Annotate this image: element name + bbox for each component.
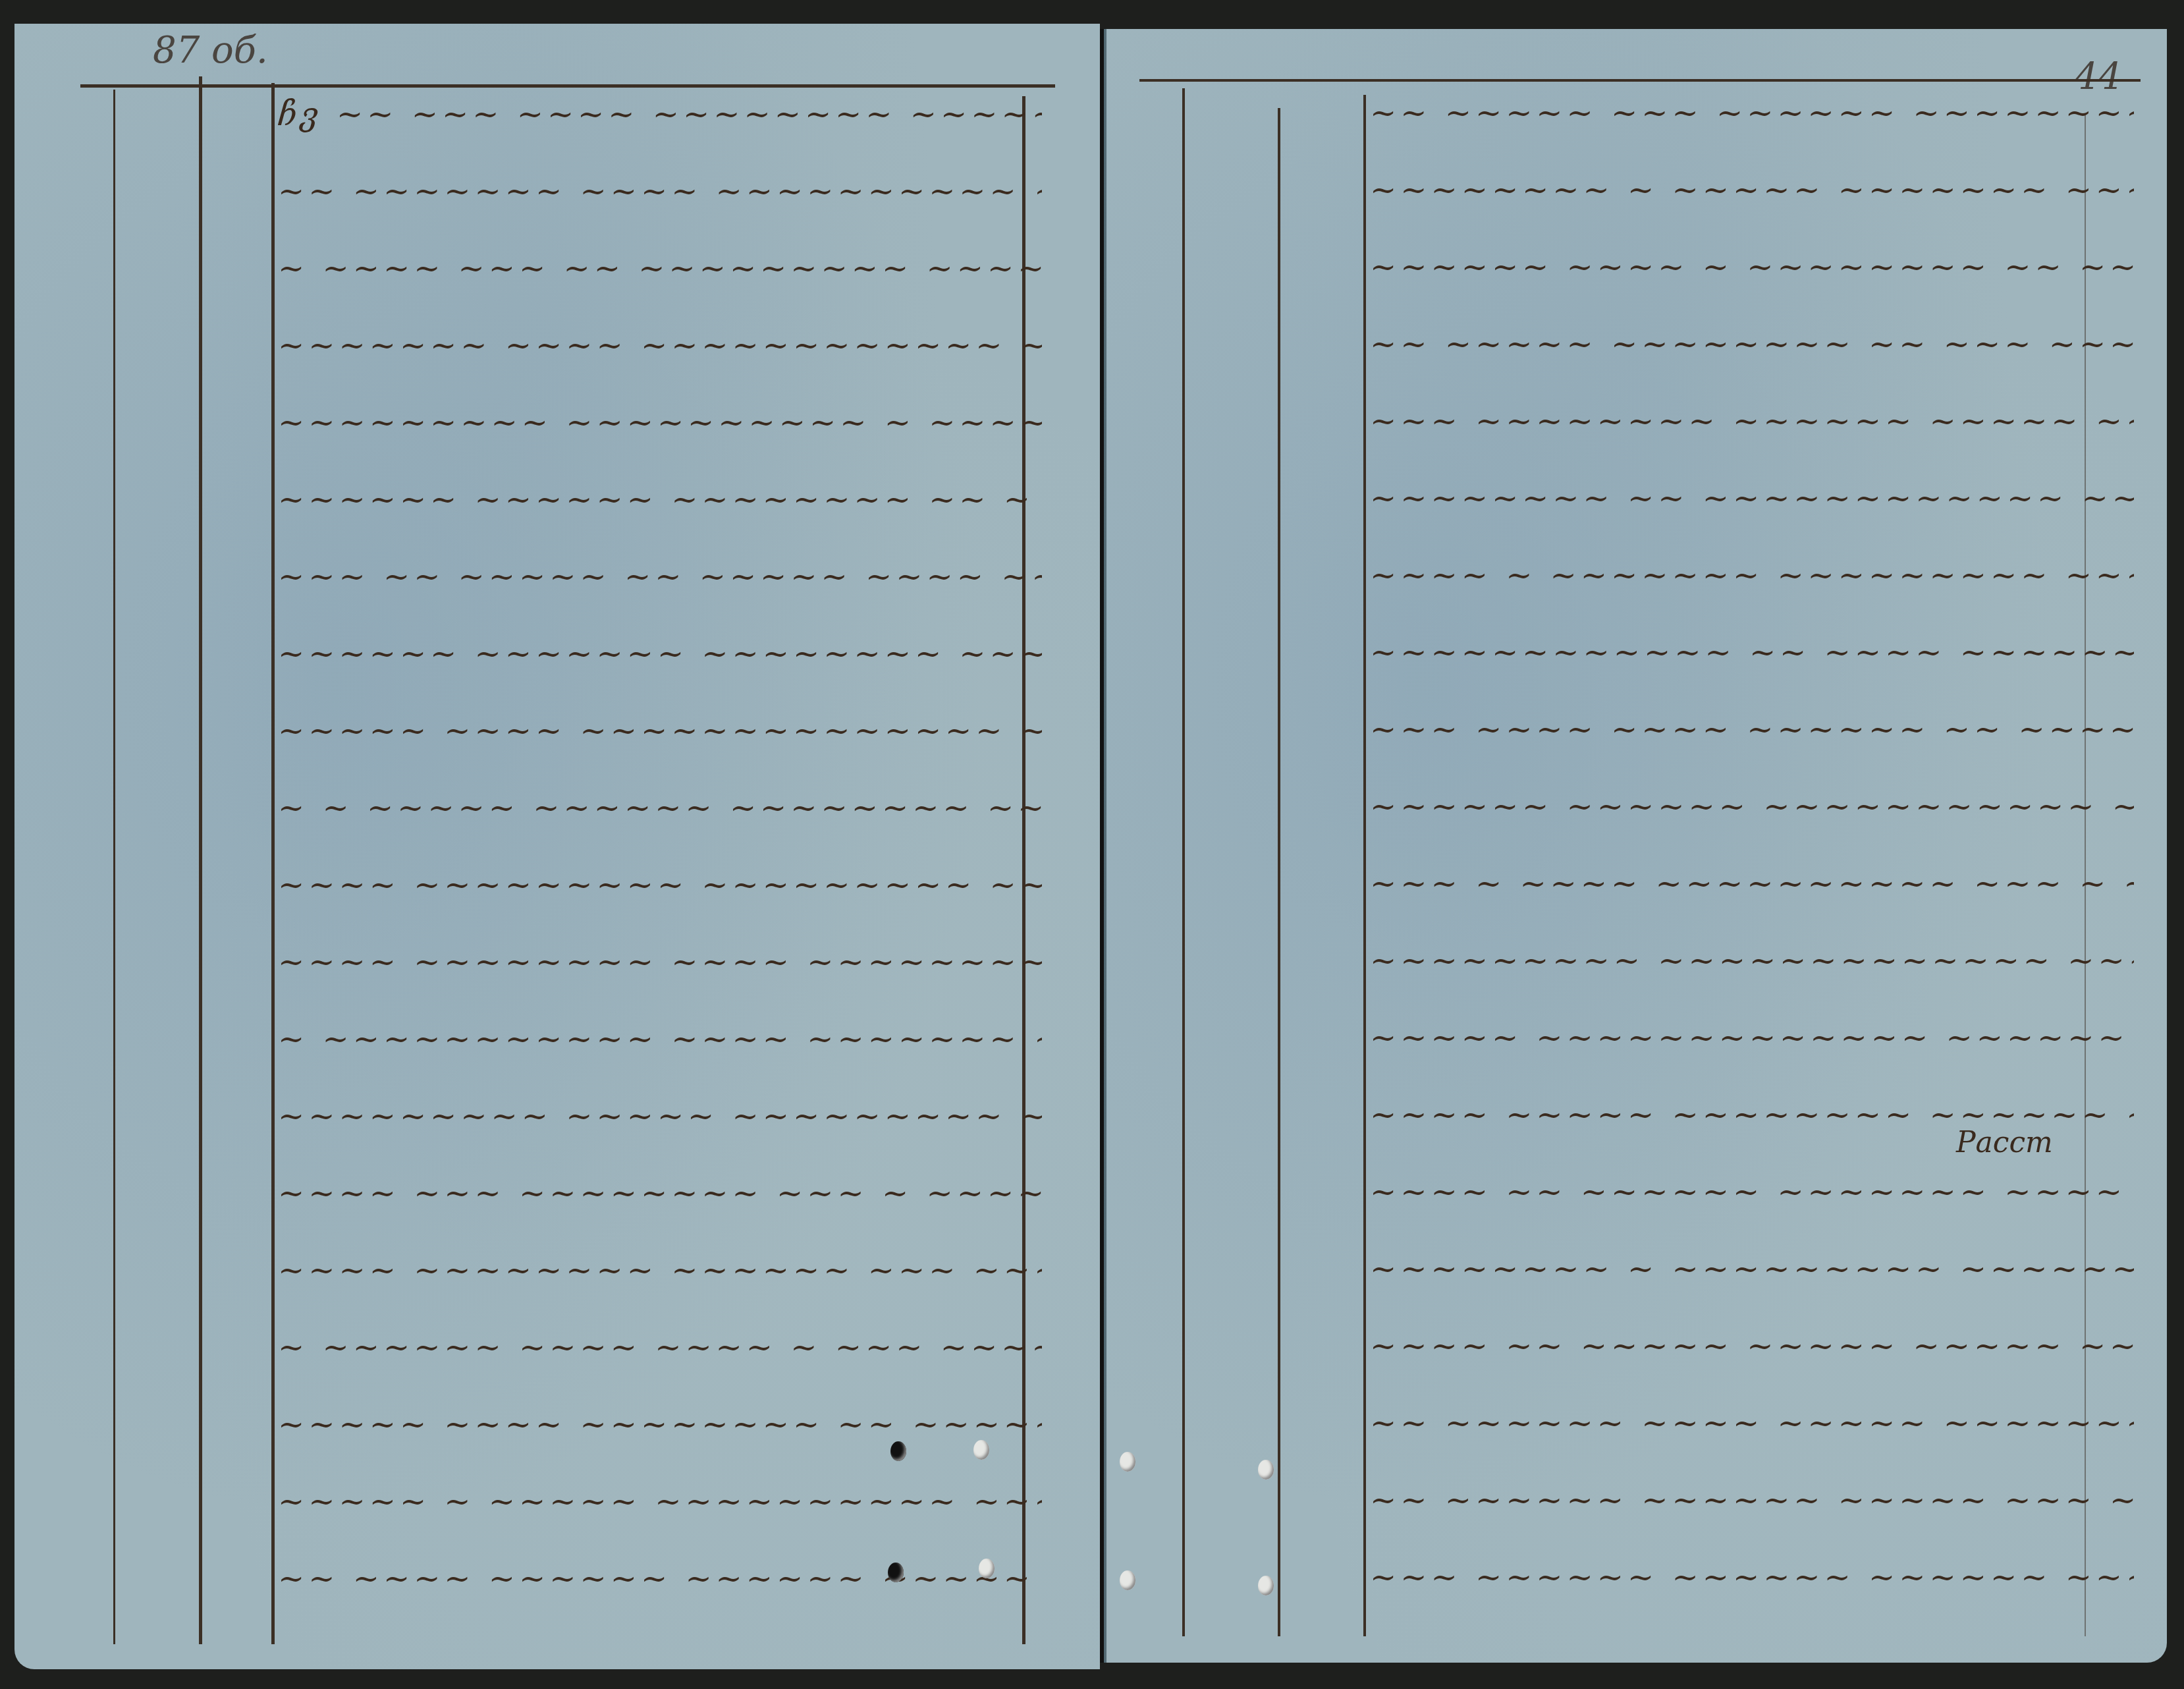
margin-note: Расст <box>1956 1126 2053 1159</box>
top-rule <box>1139 79 2141 82</box>
handwritten-line: ~~~~~~~~ ~ ~~~~~ ~~~~~~~ ~~~~~ ~~~~ <box>1370 172 2134 218</box>
right-page: 44 ~~ ~~~~~ ~~~ ~~~~~~ ~~~~~~~~~ ~~~~~~~… <box>1106 29 2167 1663</box>
handwritten-line: ~~~~~~ ~~~~~~~ ~~~~~~~~ ~~~~~ ~~~~~~~~~ <box>278 636 1042 682</box>
handwritten-line: ~~~ ~~ ~~~~~ ~~ ~~~~~ ~~~~ ~~~~~~ ~~~ <box>278 559 1042 605</box>
handwritten-line: ~~~~ ~~~~~~~~ ~~~~~~ ~~~ ~~~~~~~~~~ <box>278 1252 1042 1298</box>
handwritten-line: ~ ~ ~~~~~ ~~~~~~ ~~~~~~~~ ~~~~~ ~~~~~~ <box>278 790 1042 836</box>
binding-hole <box>1258 1460 1274 1480</box>
handwritten-line: ~~~~ ~~~~~~~~~ ~~~~~~~~~ ~~~~~~~~~ ~~~~ <box>278 867 1042 913</box>
margin-rule-2 <box>199 76 202 1644</box>
handwritten-line: ~~~~ ~~ ~~~~~~ ~~~~~~~ ~~~~ ~~~~~~~ ~~~ <box>1370 1174 2134 1220</box>
handwritten-line: ~~ ~~~~ ~~~~~~ ~~~~~~ ~~~~~ ~ ~~~~ <box>278 1561 1042 1607</box>
binding-hole <box>1120 1570 1135 1590</box>
handwritten-line: ~~~~ ~~~ ~~~~~~~~ ~~~ ~ ~~~~~ ~~~~~~ <box>278 1175 1042 1221</box>
folio-number-left: 87 об. <box>153 29 268 72</box>
handwritten-line: ~~~~~~ ~~~~~~ ~~~~~~~~ ~~ ~ ~~~ ~~~~ <box>278 482 1042 528</box>
binding-hole <box>1258 1576 1274 1595</box>
handwritten-line: ~~~~ ~~~~~~~~ ~~~~ ~~~~~~~~~ ~~~~~~~~~~ <box>278 944 1042 990</box>
handwritten-line: ~~ ~~~~~~ ~~~~~~ ~~~~~ ~~~ ~~~~~~ ~~~ <box>1370 1482 2134 1528</box>
handwritten-line: ~~ ~~~~~ ~~~~~~~~ ~~ ~~~ ~~~~~~ ~~~~~ <box>1370 326 2134 372</box>
handwritten-line: ~~~ ~~~~ ~~~~ ~~~~~~ ~~ ~~~~~~~~~ ~~~~ <box>1370 711 2134 758</box>
margin-rule-2 <box>1278 108 1280 1636</box>
handwritten-line: ~~~ ~ ~~~~ ~~~~~~~~~~ ~~~ ~ ~~~~~~ ~~~ <box>1370 866 2134 912</box>
binding-hole <box>979 1559 995 1578</box>
handwritten-line: ~~~~~~~ ~~~~ ~~~~~~~~~~~~ ~~~~ ~~~~~ <box>278 327 1042 374</box>
handwritten-line: ~~~ ~~~~~~~~ ~~~~~~ ~~~~~ ~~~~~~~~~ <box>1370 403 2134 449</box>
handwritten-line: ~~~~ ~ ~~~~~~~ ~~~~~~~~~ ~~~~~~ ~~~ <box>1370 557 2134 603</box>
handwritten-line: ~~ ~~~~~~~ ~~~~ ~~~~~~~~~~ ~~~~~~~~~~ <box>278 173 1042 219</box>
handwritten-line: ~~~~ ~~ ~~~~~ ~~~~~ ~~~~~ ~~~~~~~ ~~~~ <box>1370 1328 2134 1374</box>
handwritten-line: ~~~~~~~~~ ~~~~~ ~~~~~~~~~ ~~~~~ ~~~~~~ <box>278 1098 1042 1144</box>
margin-rule-1 <box>1182 88 1185 1636</box>
handwritten-line: ~~~~~ ~~~~~~~~~~~~~ ~~~~~~ ~~~~~~~~~ <box>1370 1020 2134 1066</box>
handwritten-line: ~~~~~ ~~~~ ~~~~~~~~ ~~ ~~~~~ ~~~~~ ~~~~ <box>278 1406 1042 1453</box>
handwritten-line: ~~~~~ ~~~~ ~~~~~~~~~~~~~~ ~ ~~~~~~~~ ~~ <box>278 713 1042 759</box>
binding-hole <box>973 1440 989 1460</box>
margin-rule-1 <box>113 90 115 1644</box>
handwritten-line: ~ ~~~~ ~~~ ~~ ~~~~~~~~~ ~~~~~ ~~~~ <box>278 250 1042 296</box>
handwritten-line: ~~ ~~~~~~ ~~~~ ~~~~~ ~~~~~~~ ~~ ~~~ <box>1370 1405 2134 1451</box>
folio-number-right: 44 <box>2075 55 2121 98</box>
handwritten-line: ~~~~~ ~ ~~~~~ ~~~~~~~~~~ ~~~~ ~~~~~~ <box>278 1483 1042 1530</box>
handwritten-line: ~~~ ~~~~~~ ~~~~~~ ~~~~~~ ~~~~~ ~~~~~~~ <box>1370 1559 2134 1605</box>
handwritten-line: ~ ~~~~~~~~~~~ ~~~~ ~~~~~~~ ~~~~~~~~ ~~~~ <box>278 1021 1042 1067</box>
handwritten-line: ~~~~~~ ~~~~~~ ~~~~~~~~~~~ ~~~~~~ ~~~~ <box>1370 789 2134 835</box>
handwritten-line: ~~~~~~ ~~~~ ~ ~~~~~~~~ ~~ ~~~~~~ ~~~ <box>1370 249 2134 295</box>
left-page: 87 об. ჩვ ~~ ~~~ ~~~~ ~~~~~~~~ ~~~~~~~~~… <box>14 24 1100 1669</box>
handwritten-line: ~ ~~~~~~ ~~~~ ~~~~ ~ ~~~ ~~~~~~~~~ <box>278 1329 1042 1375</box>
handwritten-line: ~~~~~~~~~ ~~~~~~~~~~ ~ ~~~~~~~~~~ ~~~~~~ <box>278 404 1042 451</box>
handwritten-line: ~~~~~~~~ ~ ~~~~~~~~~ ~~~~~~~~ ~~~~ ~~~ <box>1370 1251 2134 1297</box>
handwritten-line: ~~~~~~~~ ~~ ~~~~~~~~~~~~ ~~~~~~~~~~ <box>1370 480 2134 526</box>
margin-rule-3 <box>1363 95 1366 1636</box>
margin-rule-3 <box>271 83 275 1644</box>
binding-hole <box>888 1563 904 1582</box>
handwritten-line: ~~ ~~~~~ ~~~ ~~~~~~ ~~~~~~~~~ ~~~~~~ <box>1370 95 2134 141</box>
handwritten-line: ~~~~~~~~~ ~~~~~~~~~~~~~ ~~~~ ~~~~~~~~ <box>1370 943 2134 989</box>
binding-hole <box>890 1441 906 1461</box>
handwritten-line: ~~~~~~~~~~~~ ~~ ~~~~ ~~~~~~~~~ ~~~~ ~~ <box>1370 634 2134 680</box>
binding-hole <box>1120 1452 1135 1472</box>
top-rule <box>80 84 1055 88</box>
handwritten-line: ჩვ ~~ ~~~ ~~~~ ~~~~~~~~ ~~~~~~~~~ <box>278 96 1042 142</box>
